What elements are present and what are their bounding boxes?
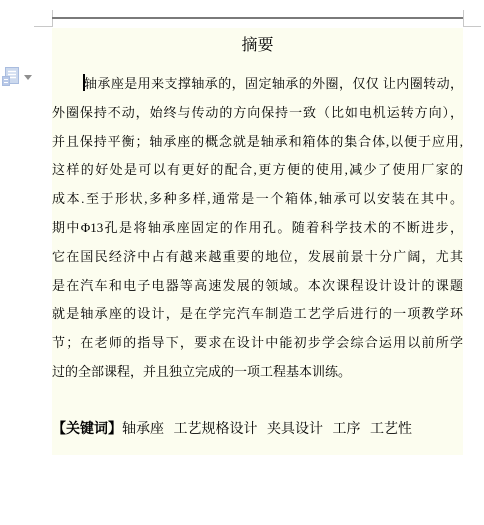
document-page[interactable]: 摘要 轴承座是用来支撑轴承的，固定轴承的外圈，仅仅 让内圈转动， 外圈保持不动，… [52, 28, 463, 455]
keywords-line: 【关键词】轴承座 工艺规格设计 夹具设计 工序 工艺性 [52, 420, 463, 440]
doc-line: 成本.至于形状,多种多样,通常是一个箱体,轴承可以安装在其中。 [52, 190, 463, 208]
doc-line: 外圈保持不动，始终与传动的方向保持一致（比如电机运转方向）， [52, 104, 463, 122]
doc-line: 轴承座是用来支撑轴承的，固定轴承的外圈，仅仅 让内圈转动， [52, 75, 463, 93]
document-view: 摘要 轴承座是用来支撑轴承的，固定轴承的外圈，仅仅 让内圈转动， 外圈保持不动，… [0, 0, 484, 525]
doc-title: 摘要 [52, 36, 463, 56]
doc-line: 过的全部课程，并且独立完成的一项工程基本训练。 [52, 363, 463, 381]
page-top-boundary-line [52, 17, 463, 19]
doc-line: 它在国民经济中占有越来越重要的地位，发展前景十分广阔，尤其 [52, 248, 463, 266]
text-boundary-mark [463, 26, 481, 27]
dropdown-arrow-icon[interactable] [24, 75, 32, 80]
keywords-label: 【关键词】 [52, 422, 122, 437]
doc-line: 期中Φ13孔是将轴承座固定的作用孔。随着科学技术的不断进步， [52, 219, 463, 237]
text-boundary-mark [34, 26, 52, 27]
text-boundary-mark [463, 10, 464, 27]
doc-line: 节；在老师的指导下，要求在设计中能初步学会综合运用以前所学 [52, 334, 463, 352]
doc-line: 这样的好处是可以有更好的配合,更方便的使用,减少了使用厂家的 [52, 161, 463, 179]
keywords-terms: 轴承座 工艺规格设计 夹具设计 工序 工艺性 [122, 422, 412, 437]
paste-options-button[interactable] [2, 67, 34, 91]
doc-line: 是在汽车和电子电器等高速发展的领域。本次课程设计设计的课题 [52, 277, 463, 295]
doc-line: 并且保持平衡；轴承座的概念就是轴承和箱体的集合体,以便于应用, [52, 133, 463, 151]
doc-line: 就是轴承座的设计，是在学完汽车制造工艺学后进行的一项教学环 [52, 305, 463, 323]
